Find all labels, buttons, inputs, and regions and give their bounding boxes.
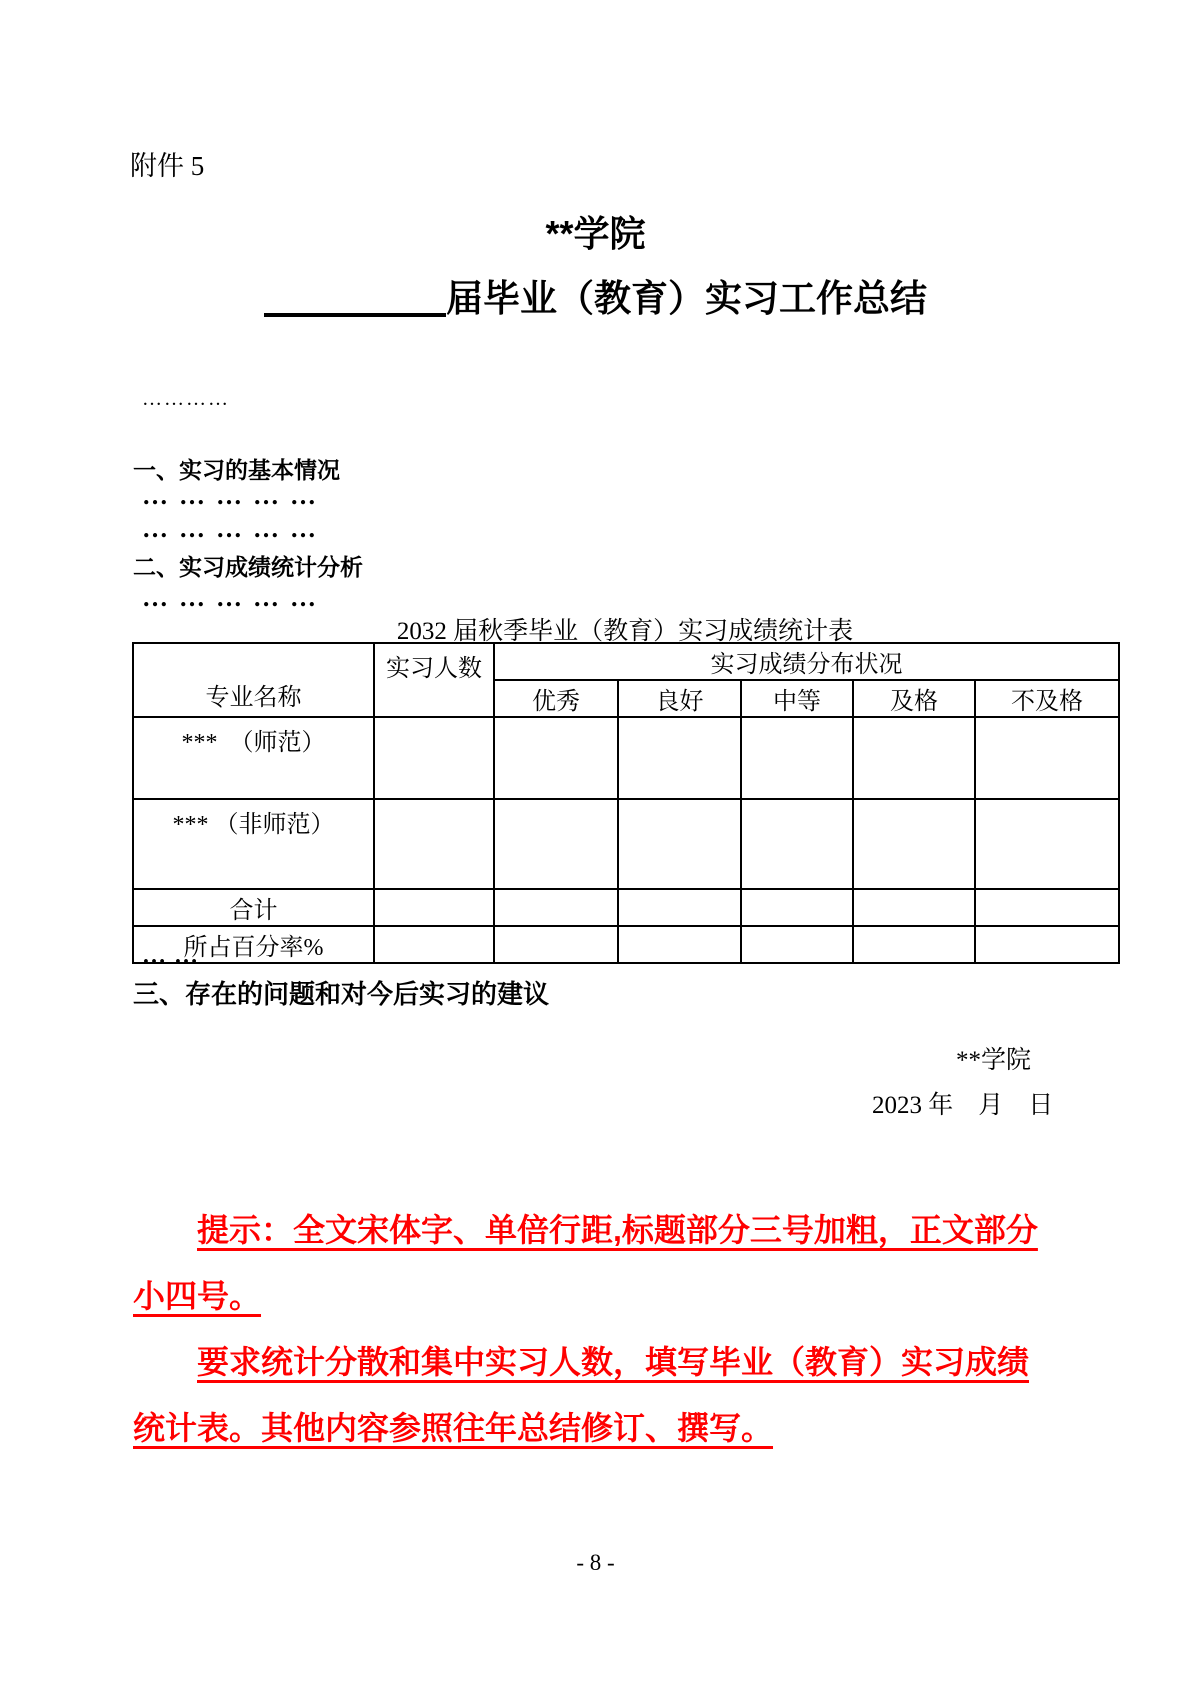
tips-block: 提示：全文宋体字、单倍行距,标题部分三号加粗，正文部分 小四号。 要求统计分散和… [133, 1197, 1063, 1461]
tips-text: 统计表。其他内容参照往年总结修订、撰写。 [133, 1410, 773, 1446]
row-label-total: 合计 [133, 889, 374, 926]
empty-cell [975, 889, 1119, 926]
empty-cell [741, 926, 853, 963]
table-row: 所占百分率% [133, 926, 1119, 963]
empty-cell [975, 926, 1119, 963]
empty-cell [741, 717, 853, 799]
section-heading-3: 三、存在的问题和对今后实习的建议 [133, 974, 549, 1011]
tips-line: 要求统计分散和集中实习人数，填写毕业（教育）实习成绩 [133, 1329, 1063, 1395]
empty-cell [374, 926, 494, 963]
document-title: **学院 [0, 206, 1191, 257]
col-header-grade-medium: 中等 [741, 680, 853, 717]
blank-underline [264, 276, 446, 317]
document-subtitle-text: 届毕业（教育）实习工作总结 [446, 278, 927, 319]
document-subtitle: 届毕业（教育）实习工作总结 [0, 268, 1191, 322]
empty-cell [853, 717, 975, 799]
empty-cell [618, 799, 741, 889]
table-row: *** （师范） [133, 717, 1119, 799]
col-header-grade-excellent: 优秀 [494, 680, 618, 717]
tips-paragraph-2: 要求统计分散和集中实习人数，填写毕业（教育）实习成绩 统计表。其他内容参照往年总… [133, 1329, 1063, 1461]
table-row: *** （非师范） [133, 799, 1119, 889]
page-number: - 8 - [0, 1550, 1191, 1576]
tips-line: 提示：全文宋体字、单倍行距,标题部分三号加粗，正文部分 [133, 1197, 1063, 1263]
col-header-distribution: 实习成绩分布状况 [494, 643, 1119, 680]
empty-cell [374, 799, 494, 889]
score-statistics-table: 专业名称 实习人数 实习成绩分布状况 优秀 良好 中等 及格 不及格 *** （… [132, 642, 1120, 964]
ellipsis-line-intro: ………… [142, 388, 230, 411]
empty-cell [618, 717, 741, 799]
empty-cell [374, 717, 494, 799]
tips-line: 小四号。 [133, 1263, 1063, 1329]
tips-line: 统计表。其他内容参照往年总结修订、撰写。 [133, 1395, 1063, 1461]
empty-cell [494, 889, 618, 926]
ellipsis-line-3: …………… [142, 585, 327, 611]
col-header-count: 实习人数 [374, 643, 494, 717]
empty-cell [618, 889, 741, 926]
empty-cell [853, 926, 975, 963]
ellipsis-line-after-table: …… [142, 943, 206, 970]
empty-cell [494, 799, 618, 889]
signature-organization: **学院 [956, 1040, 1031, 1076]
row-label-normal-major: *** （师范） [133, 717, 374, 799]
empty-cell [853, 799, 975, 889]
empty-cell [975, 717, 1119, 799]
ellipsis-line-2: …………… [142, 516, 327, 542]
col-header-grade-fail: 不及格 [975, 680, 1119, 717]
document-page: 附件 5 **学院 届毕业（教育）实习工作总结 ………… 一、实习的基本情况 …… [0, 0, 1191, 1684]
section-heading-2: 二、实习成绩统计分析 [133, 549, 363, 582]
col-header-grade-good: 良好 [618, 680, 741, 717]
empty-cell [494, 717, 618, 799]
ellipsis-line-1: …………… [142, 483, 327, 509]
empty-cell [853, 889, 975, 926]
tips-text: 要求统计分散和集中实习人数，填写毕业（教育）实习成绩 [197, 1344, 1029, 1380]
tips-text: 提示：全文宋体字、单倍行距,标题部分三号加粗，正文部分 [197, 1212, 1038, 1248]
table-row: 合计 [133, 889, 1119, 926]
col-header-grade-pass: 及格 [853, 680, 975, 717]
empty-cell [975, 799, 1119, 889]
tips-paragraph-1: 提示：全文宋体字、单倍行距,标题部分三号加粗，正文部分 小四号。 [133, 1197, 1063, 1329]
attachment-label: 附件 5 [130, 144, 204, 183]
signature-date: 2023 年 月 日 [872, 1085, 1053, 1121]
tips-text: 小四号。 [133, 1278, 261, 1314]
row-label-nonnormal-major: *** （非师范） [133, 799, 374, 889]
empty-cell [374, 889, 494, 926]
empty-cell [741, 799, 853, 889]
empty-cell [618, 926, 741, 963]
empty-cell [494, 926, 618, 963]
empty-cell [741, 889, 853, 926]
col-header-major: 专业名称 [133, 643, 374, 717]
